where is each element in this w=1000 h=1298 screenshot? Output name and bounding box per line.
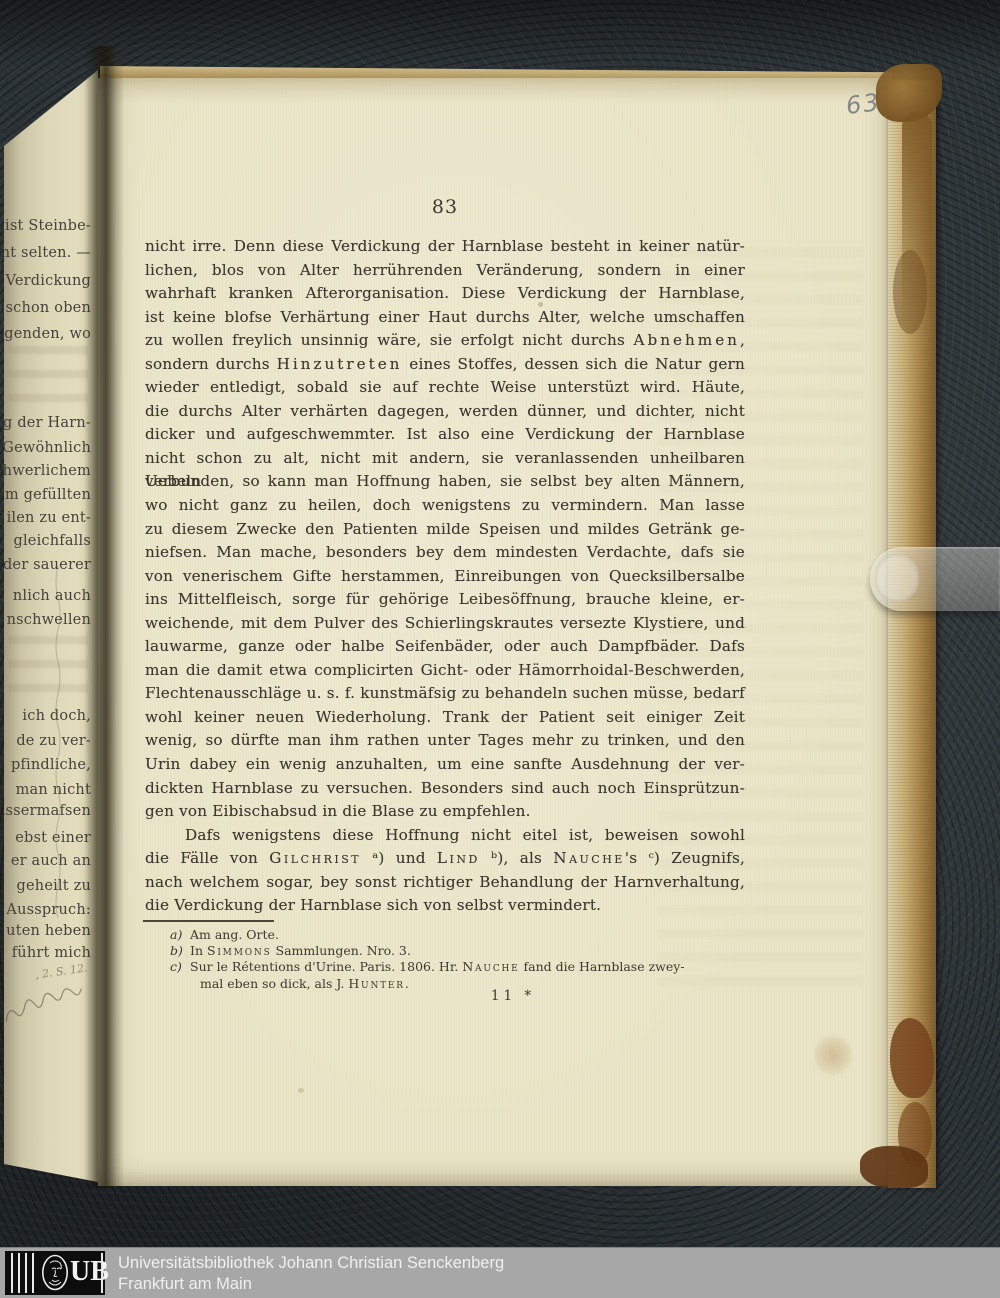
paper-speck — [538, 302, 543, 307]
verso-text-fragment: ht selten. — — [1, 245, 91, 261]
library-name-line1: Universitätsbibliothek Johann Christian … — [118, 1253, 504, 1274]
text-line: lichen, blos von Alter herrührenden Verä… — [145, 259, 745, 283]
text-line: sondern durchs Hinzutreten eines Stoffes… — [145, 353, 745, 377]
logo-book-spine-line — [18, 1253, 20, 1293]
text-line: Dafs wenigstens diese Hoffnung nicht eit… — [145, 824, 745, 848]
printed-page-number: 83 — [145, 196, 745, 218]
verso-text-fragment: genden, wo — [4, 326, 91, 342]
logo-separator-line — [101, 1253, 103, 1293]
logo-book-spine-line — [11, 1253, 13, 1293]
verso-text-fragment: gleichfalls — [13, 533, 91, 549]
vertical-handwriting-scribble — [52, 566, 64, 946]
digitized-book-scan: ist Steinbe- ht selten. — e Verdickung s… — [0, 0, 1000, 1298]
library-name: Universitätsbibliothek Johann Christian … — [118, 1253, 504, 1295]
verso-text-fragment: im gefüllten — [0, 487, 91, 503]
logo-book-spine-line — [25, 1253, 27, 1293]
footnote-separator — [143, 920, 274, 922]
library-logo: UB — [5, 1251, 105, 1295]
verso-text-fragment: ilen zu ent- — [7, 510, 91, 526]
text-line: dickten Harnblase zu versuchen. Besonder… — [145, 777, 745, 801]
corner-damage-bottom-right — [860, 1146, 928, 1188]
cover-top-shadow — [0, 0, 1000, 70]
text-line: zu wollen freylich unsinnig wäre, sie er… — [145, 329, 745, 353]
verso-text-fragment: pfindliche, — [11, 757, 91, 773]
verso-text-fragment: hwerlichem — [3, 463, 91, 479]
footnote-a: a)Am ang. Orte. — [170, 927, 750, 943]
paper-speck — [298, 1088, 304, 1093]
book-page: 63 83 nicht irre. Denn diese Verdickung … — [98, 78, 890, 1186]
verso-text-fragment: er auch an — [11, 853, 91, 869]
tab-tongue — [875, 554, 919, 602]
footnote-b: b)In Simmons Sammlungen. Nro. 3. — [170, 943, 750, 959]
text-line: wohl keiner neuen Wiederholung. Trank de… — [145, 706, 745, 730]
library-footer-bar: UB Universitätsbibliothek Johann Christi… — [0, 1247, 1000, 1298]
verso-text-fragment: nschwellen — [7, 612, 91, 628]
main-text-block: nicht irre. Denn diese Verdickung der Ha… — [145, 235, 745, 918]
showthrough-lines — [8, 636, 88, 698]
text-line: man die damit etwa complicirten Gicht- o… — [145, 659, 745, 683]
logo-book-spine-line — [32, 1253, 34, 1293]
text-line: nach welchem sogar, bey sonst richtiger … — [145, 871, 745, 895]
verso-text-fragment: Ausspruch: — [6, 902, 91, 918]
foxing-stain — [814, 1034, 852, 1076]
verso-text-fragment: issermafsen — [1, 803, 91, 819]
text-line: nicht irre. Denn diese Verdickung der Ha… — [145, 235, 745, 259]
text-line: wo nicht ganz zu heilen, doch wenigstens… — [145, 494, 745, 518]
goethe-portrait-icon — [41, 1254, 69, 1291]
text-line: verbunden, so kann man Hoffnung haben, s… — [145, 470, 745, 494]
verso-text-fragment: Gewöhnlich — [2, 440, 91, 456]
footnote-c: c)Sur le Rétentions d'Urine. Paris. 1806… — [170, 959, 750, 975]
logo-ub-text: UB — [70, 1256, 109, 1288]
text-line: gen von Eibischabsud in die Blase zu emp… — [145, 800, 745, 824]
handwriting-note — [0, 975, 93, 1032]
text-line: die Verdickung der Harnblase sich von se… — [145, 894, 745, 918]
text-line: zu diesem Zwecke den Patienten milde Spe… — [145, 518, 745, 542]
footnotes: a)Am ang. Orte. b)In Simmons Sammlungen.… — [170, 927, 750, 992]
signature-mark: 11 * — [483, 988, 543, 1004]
text-line: von venerischem Gifte herstammen, Einrei… — [145, 565, 745, 589]
verso-text-fragment: schon oben — [5, 300, 91, 316]
showthrough-lines — [8, 346, 88, 410]
text-line: dicker und aufgeschwemmter. Ist also ein… — [145, 423, 745, 447]
text-line: wieder entledigt, sobald sie auf rechte … — [145, 376, 745, 400]
text-line: die Fälle von Gilchrist ᵃ) und Lind ᵇ), … — [145, 847, 745, 871]
text-line: ins Mittelfleisch, sorge für gehörige Le… — [145, 588, 745, 612]
library-name-line2: Frankfurt am Main — [118, 1274, 504, 1295]
verso-text-fragment: uten heben — [6, 923, 91, 939]
text-line: lauwarme, ganze oder halbe Seifenbäder, … — [145, 635, 745, 659]
verso-text-fragment: e Verdickung — [0, 273, 91, 289]
edge-stain — [893, 250, 927, 334]
text-line: ist keine blofse Verhärtung einer Haut d… — [145, 306, 745, 330]
text-line: wenig, so dürfte man ihm rathen unter Ta… — [145, 729, 745, 753]
verso-text-fragment: ist Steinbe- — [5, 218, 91, 234]
footnote-c-continuation: mal eben so dick, als J. Hunter. — [170, 976, 750, 992]
text-line: nicht schon zu alt, nicht mit andern, si… — [145, 447, 745, 471]
verso-text-fragment: der sauerer — [3, 557, 91, 573]
text-line: Flechtenausschläge u. s. f. kunstmäfsig … — [145, 682, 745, 706]
text-line: wahrhaft kranken Afterorganisation. Dies… — [145, 282, 745, 306]
verso-text-fragment: g der Harn- — [3, 415, 91, 431]
page-holder-tab — [870, 547, 1000, 611]
text-line: Urin dabey ein wenig anzuhalten, um eine… — [145, 753, 745, 777]
text-line: weichende, mit dem Pulver des Schierling… — [145, 612, 745, 636]
left-page-edge: ist Steinbe- ht selten. — e Verdickung s… — [4, 46, 98, 1186]
text-line: niefsen. Man mache, besonders bey dem mi… — [145, 541, 745, 565]
verso-text-fragment: führt mich — [12, 945, 91, 961]
text-line: die durchs Alter verhärten dagegen, werd… — [145, 400, 745, 424]
